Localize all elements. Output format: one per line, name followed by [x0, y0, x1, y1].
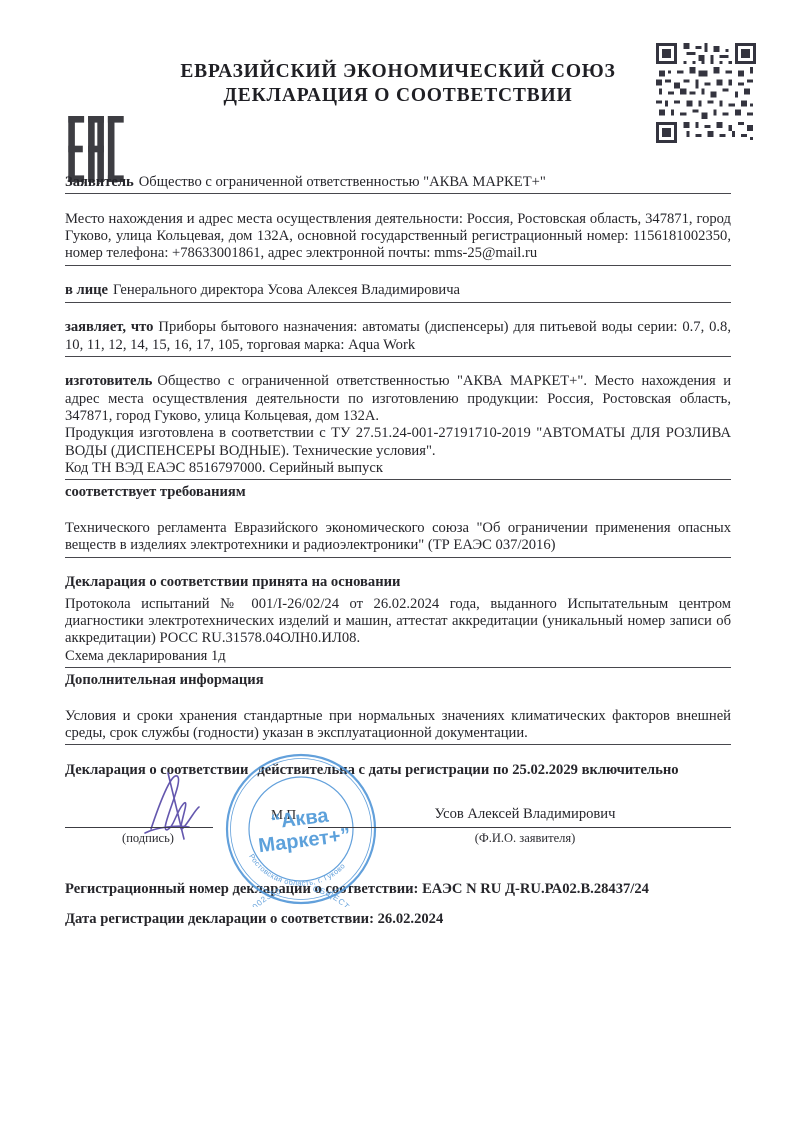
representative-label: в лице: [65, 282, 108, 298]
title-declaration: ДЕКЛАРАЦИЯ О СООТВЕТСТВИИ: [65, 84, 731, 108]
reg-number-value: ЕАЭС N RU Д-RU.РА02.В.28437/24: [422, 881, 649, 897]
address-paragraph: Место нахождения и адрес места осуществл…: [65, 209, 731, 266]
applicant-value: Общество с ограниченной ответственностью…: [139, 174, 546, 190]
name-caption: (Ф.И.О. заявителя): [345, 831, 705, 846]
page-title: ЕВРАЗИЙСКИЙ ЭКОНОМИЧЕСКИЙ СОЮЗ ДЕКЛАРАЦИ…: [65, 0, 731, 108]
technical-regulation-paragraph: Технического регламента Евразийского эко…: [65, 518, 731, 558]
declares-value: Приборы бытового назначения: автоматы (д…: [65, 319, 731, 352]
manufacturer-paragraph: изготовительОбщество с ограниченной отве…: [65, 373, 731, 425]
applicant-row: ЗаявительОбщество с ограниченной ответст…: [65, 172, 731, 194]
product-declaration-row: заявляет, чтоПриборы бытового назначения…: [65, 317, 731, 357]
applicant-name: Усов Алексей Владимирович: [345, 806, 705, 823]
signature-line: [65, 827, 213, 828]
title-union: ЕВРАЗИЙСКИЙ ЭКОНОМИЧЕСКИЙ СОЮЗ: [65, 60, 731, 84]
test-protocol-paragraph: Протокола испытаний № 001/I-26/02/24 от …: [65, 596, 731, 648]
reg-date-label: Дата регистрации декларации о соответств…: [65, 911, 374, 927]
basis-section: Протокола испытаний № 001/I-26/02/24 от …: [65, 594, 731, 668]
additional-info-heading: Дополнительная информация: [65, 670, 731, 691]
declares-label: заявляет, что: [65, 319, 153, 335]
compliance-heading: соответствует требованиям: [65, 482, 731, 503]
manufacturer-label: изготовитель: [65, 373, 152, 389]
representative-value: Генерального директора Усова Алексея Вла…: [113, 282, 460, 298]
registration-number-line: Регистрационный номер декларации о соотв…: [65, 881, 731, 898]
basis-heading: Декларация о соответствии принята на осн…: [65, 572, 731, 593]
representative-row: в лицеГенерального директора Усова Алекс…: [65, 280, 731, 302]
registration-date-line: Дата регистрации декларации о соответств…: [65, 911, 731, 928]
applicant-label: Заявитель: [65, 174, 134, 190]
svg-text:Ростовская область, г. Гуково: Ростовская область, г. Гуково: [247, 852, 347, 888]
declaration-scheme-line: Схема декларирования 1д: [65, 648, 731, 665]
signature-zone: (подпись) М.П. ОБЩЕСТВО С ОГРАНИЧЕННОЙ О…: [65, 781, 731, 877]
manufacturer-section: изготовительОбщество с ограниченной отве…: [65, 371, 731, 480]
signature-caption: (подпись): [93, 831, 203, 846]
declaration-document: ЕВРАЗИЙСКИЙ ЭКОНОМИЧЕСКИЙ СОЮЗ ДЕКЛАРАЦИ…: [0, 0, 793, 1122]
name-line: [308, 827, 731, 828]
production-standard-paragraph: Продукция изготовлена в соответствии с Т…: [65, 425, 731, 460]
stamp-bottom-text: Ростовская область, г. Гуково: [247, 852, 347, 888]
customs-code-line: Код ТН ВЭД ЕАЭС 8516797000. Серийный вып…: [65, 460, 731, 477]
reg-date-value: 26.02.2024: [378, 911, 444, 927]
company-stamp: ОБЩЕСТВО С ОГРАНИЧЕННОЙ ОТВЕТСТВЕННОСТЬЮ…: [223, 751, 379, 907]
storage-conditions-paragraph: Условия и сроки хранения стандартные при…: [65, 706, 731, 746]
